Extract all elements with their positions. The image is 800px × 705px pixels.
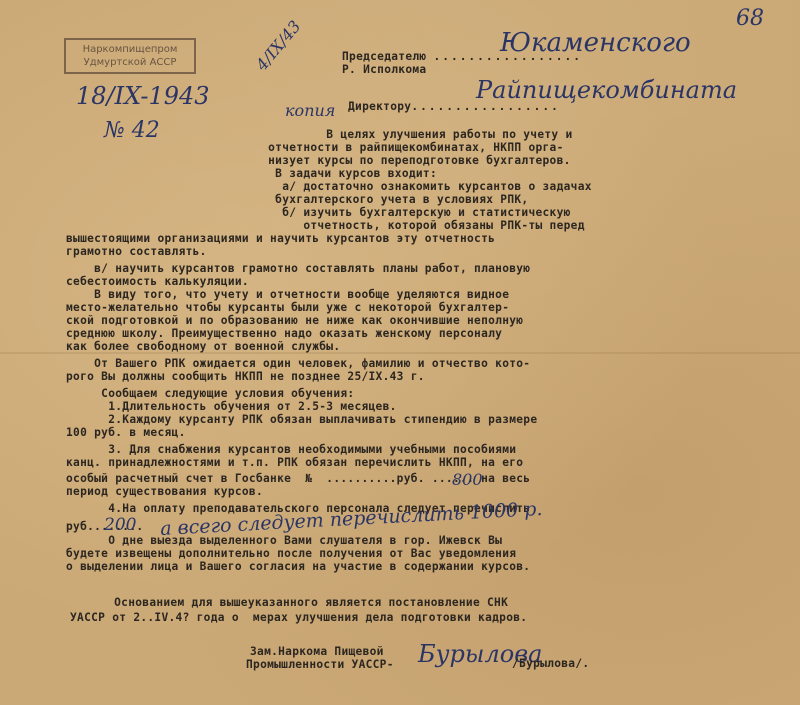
body-line: в/ научить курсантов грамотно составлять… (66, 262, 530, 275)
handwritten-number: № 42 (104, 118, 160, 143)
handwritten-amount-1: 800 (452, 470, 483, 489)
footer-line: УАССР от 2..IV.4? года о мерах улучшения… (70, 611, 527, 624)
signature-typed-name: /Бурылова/. (512, 657, 589, 670)
footer-line: Основанием для вышеуказанного является п… (86, 596, 508, 609)
body-line: как более свободному от военной службы. (66, 340, 340, 353)
body-line: отчетность, которой обязаны РПК-ты перед (240, 219, 585, 232)
to-director-label: Директору................. (348, 100, 560, 113)
body-line: низует курсы по переподготовке бухгалтер… (240, 154, 571, 167)
signature-title-1: Зам.Наркома Пищевой (250, 645, 384, 658)
page-number: 68 (736, 6, 764, 31)
document-page: Наркомпищепром Удмуртской АССР 18/IX-194… (0, 0, 800, 705)
body-line: бухгалтерского учета в условиях РПК, (240, 193, 528, 206)
body-line: ской подготовкой и по образованию не ниж… (66, 314, 523, 327)
body-line: О дне выезда выделенного Вами слушателя … (66, 534, 502, 547)
copy-mark: копия (285, 101, 335, 120)
body-line: От Вашего РПК ожидается один человек, фа… (66, 357, 530, 370)
body-line: будете извещены дополнительно после полу… (66, 547, 516, 560)
body-line: 2.Каждому курсанту РПК обязан выплачиват… (66, 413, 537, 426)
office-stamp: Наркомпищепром Удмуртской АССР (64, 38, 196, 74)
body-line: отчетности в райпищекомбинатах, НКПП орг… (240, 141, 564, 154)
body-line: 100 руб. в месяц. (66, 426, 186, 439)
handwritten-amount-2: 200 (104, 515, 136, 535)
to-chairman-label: Председателю ................. (342, 50, 582, 63)
body-line: о выделении лица и Вашего согласия на уч… (66, 560, 530, 573)
to-chairman-sub: Р. Исполкома (342, 63, 426, 76)
body-line: рого Вы должны сообщить НКПП не позднее … (66, 370, 425, 383)
body-line: б/ изучить бухгалтерскую и статистическу… (240, 206, 571, 219)
body-line: 3. Для снабжения курсантов необходимыми … (66, 443, 516, 456)
body-line: а/ достаточно ознакомить курсантов о зад… (240, 180, 592, 193)
body-line: В целях улучшения работы по учету и (270, 128, 573, 141)
handwritten-date: 18/IX-1943 (76, 82, 210, 110)
body-line: место-желательно чтобы курсанты были уже… (66, 301, 509, 314)
body-line: В виду того, что учету и отчетности вооб… (66, 288, 509, 301)
body-line: себестоимость калькуляции. (66, 275, 249, 288)
signature-title-2: Промышленности УАССР- (246, 658, 394, 671)
body-line: среднюю школу. Преимущественно надо оказ… (66, 327, 502, 340)
stamp-line-2: Удмуртской АССР (66, 56, 194, 69)
body-line: В задачи курсов входит: (240, 167, 437, 180)
body-line: вышестоящими организациями и научить кур… (66, 232, 495, 245)
handwritten-ref-mark: 4/IX/43 (252, 17, 304, 74)
body-line: канц. принадлежностями и т.п. РПК обязан… (66, 456, 523, 469)
body-line: период существования курсов. (66, 485, 263, 498)
body-line: Сообщаем следующие условия обучения: (66, 387, 354, 400)
body-line: 1.Длительность обучения от 2.5-3 месяцев… (66, 400, 397, 413)
body-line: грамотно составлять. (66, 245, 207, 258)
stamp-line-1: Наркомпищепром (66, 43, 194, 56)
